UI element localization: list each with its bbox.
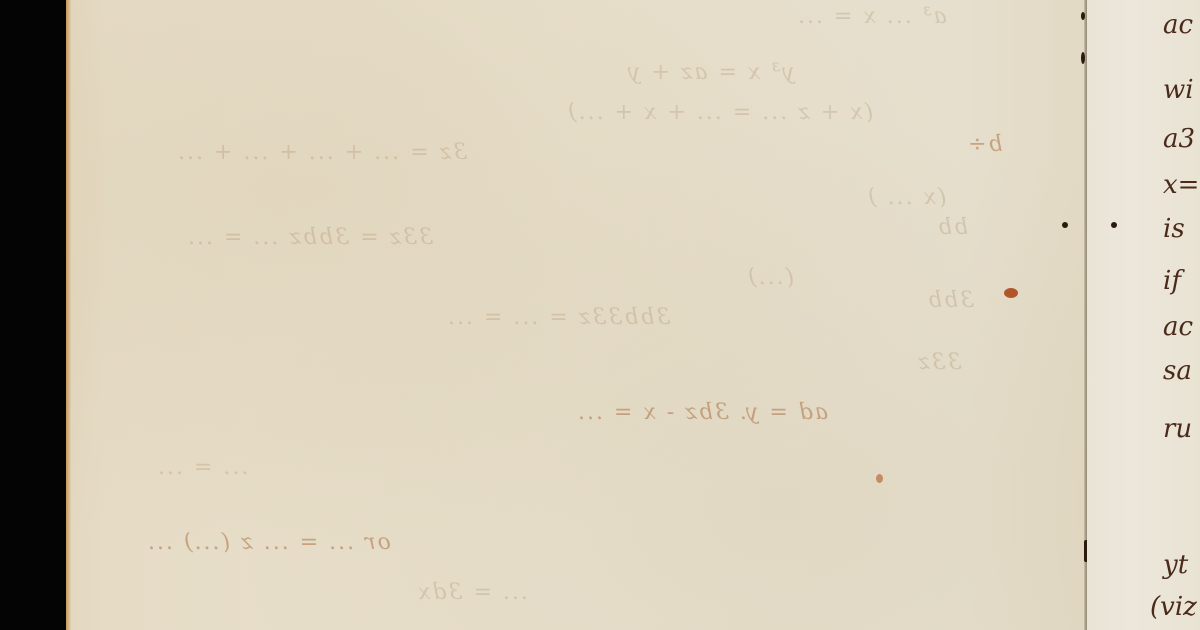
ink-blot [1081, 52, 1085, 64]
handwritten-line: yt [1163, 550, 1188, 580]
bleed-through-line: a³ ... x = ... [796, 4, 947, 29]
ink-blot [1111, 222, 1117, 228]
bleed-through-line: or ... = ... z (...) ... [146, 530, 391, 555]
ink-blot [1062, 222, 1068, 228]
handwritten-line: wi [1163, 75, 1194, 105]
rust-stain [1004, 288, 1018, 298]
bleed-through-line: ad = y. 3bz - x = ... [576, 400, 828, 425]
handwritten-line: ru [1163, 414, 1192, 444]
left-manuscript-page: a³ ... x = ... y³ x = az + y (x + z ... … [66, 0, 1086, 630]
black-border [0, 0, 66, 630]
handwritten-line: is [1163, 214, 1185, 244]
ink-blot [1081, 12, 1085, 20]
rust-stain [876, 474, 883, 483]
handwritten-line: a3 [1163, 124, 1195, 154]
handwritten-line: (viz [1150, 592, 1197, 622]
bleed-through-line: 3bb33z = ... = ... [446, 305, 671, 330]
handwritten-line: x= [1163, 170, 1199, 200]
bleed-through-line: 33z [916, 350, 962, 375]
bleed-through-line: y³ x = az + y [626, 60, 795, 85]
marginal-mark: bb [936, 215, 968, 240]
handwritten-line: ac [1163, 312, 1193, 342]
bleed-through-line: (...) [746, 265, 794, 290]
bleed-through-line: (x ... ) [866, 185, 947, 210]
handwritten-line: ac [1163, 10, 1193, 40]
bleed-through-line: 3z = ... + ... + ... + ... [176, 140, 467, 165]
handwritten-line: if [1163, 266, 1181, 296]
handwritten-line: sa [1163, 356, 1192, 386]
bleed-through-line: ... = ... [156, 455, 248, 480]
bleed-through-line: 33z = 3bbz ... = ... [186, 225, 433, 250]
bleed-through-line: ... = 3dx [416, 580, 528, 605]
marginal-mark: b÷ [966, 132, 1003, 157]
marginal-mark: 3bb [926, 288, 974, 313]
bleed-through-line: (x + z ... = ... + x + ...) [566, 100, 873, 125]
